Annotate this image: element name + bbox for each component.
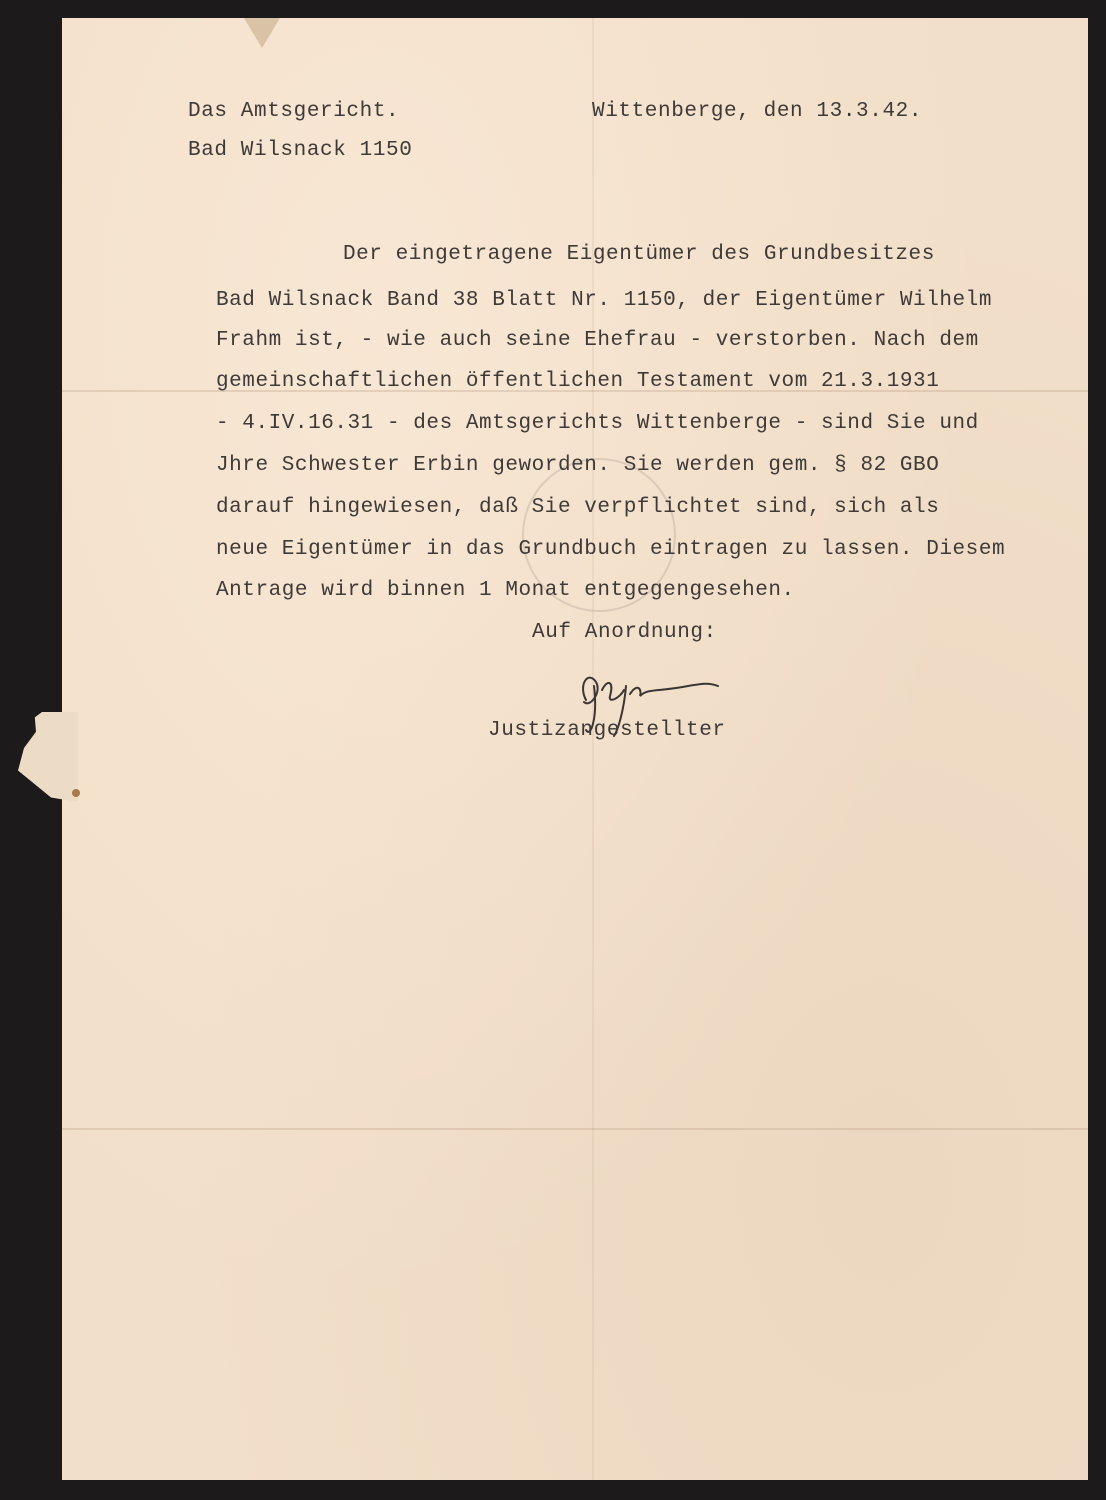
body-line: gemeinschaftlichen öffentlichen Testamen… bbox=[216, 371, 939, 392]
body-line: neue Eigentümer in das Grundbuch eintrag… bbox=[216, 539, 1005, 560]
signature-title: Justizangestellter bbox=[488, 720, 726, 741]
fold-line bbox=[62, 1128, 1088, 1130]
body-line: Frahm ist, - wie auch seine Ehefrau - ve… bbox=[216, 330, 979, 351]
body-line: Jhre Schwester Erbin geworden. Sie werde… bbox=[216, 455, 939, 476]
body-line: - 4.IV.16.31 - des Amtsgerichts Wittenbe… bbox=[216, 413, 979, 434]
torn-edge bbox=[18, 712, 78, 802]
fold-line bbox=[592, 18, 594, 1480]
body-line: Bad Wilsnack Band 38 Blatt Nr. 1150, der… bbox=[216, 290, 992, 311]
body-line: Der eingetragene Eigentümer des Grundbes… bbox=[343, 244, 935, 265]
reference-number: Bad Wilsnack 1150 bbox=[188, 140, 412, 161]
letter-page bbox=[62, 18, 1088, 1480]
place-date: Wittenberge, den 13.3.42. bbox=[592, 101, 922, 122]
stain-spot bbox=[72, 789, 80, 797]
closing-line: Auf Anordnung: bbox=[532, 622, 717, 643]
sender-name: Das Amtsgericht. bbox=[188, 101, 399, 122]
body-line: Antrage wird binnen 1 Monat entgegengese… bbox=[216, 580, 795, 601]
body-line: darauf hingewiesen, daß Sie verpflichtet… bbox=[216, 497, 939, 518]
paper-notch bbox=[244, 18, 280, 48]
